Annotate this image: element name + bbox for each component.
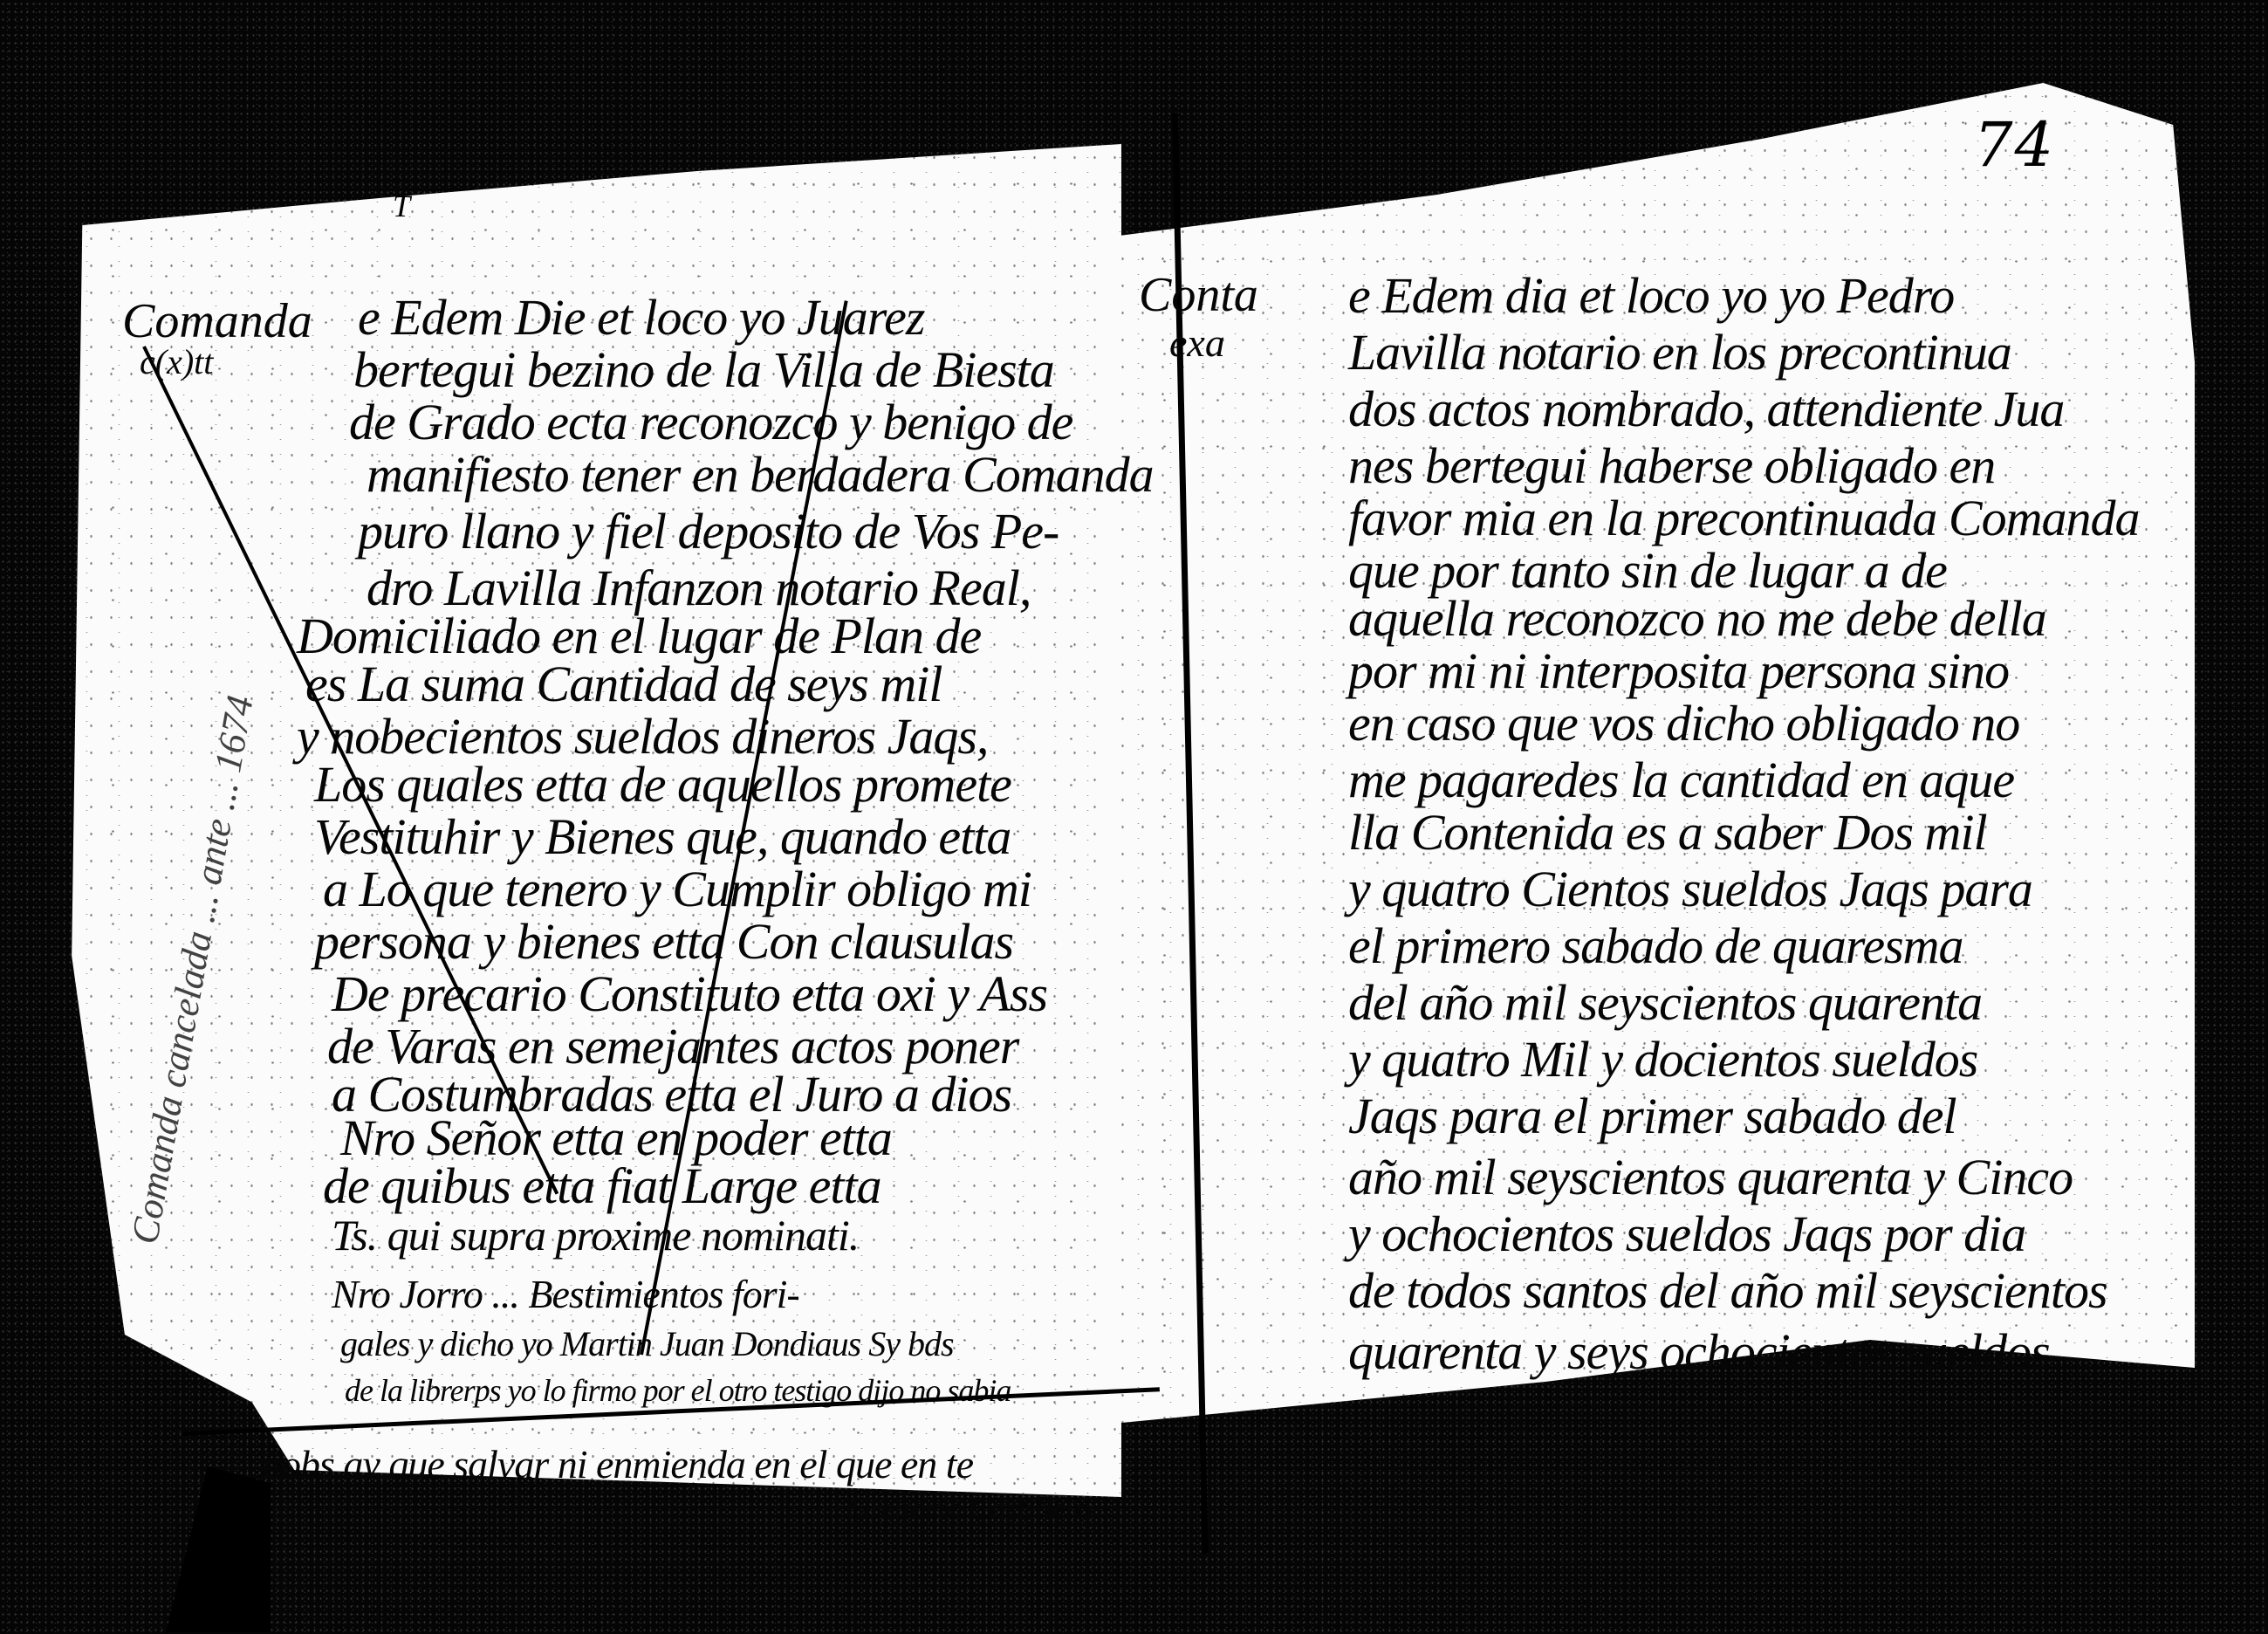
left-line: a Lo que tenero y Cumplir obligo mi (323, 864, 1031, 915)
right-line: aquella reconozco no me debe della (1348, 594, 2046, 644)
right-line: y quatro Mil y docientos sueldos (1348, 1034, 1977, 1085)
right-line: lla Contenida es a saber Dos mil (1348, 807, 1987, 858)
left-margin-note-1: Comanda (122, 297, 312, 346)
left-line: de Grado ecta reconozco y benigo de (349, 397, 1072, 448)
left-line: persona y bienes etta Con clausulas (314, 917, 1013, 967)
right-line: me pagaredes la cantidad en aque (1348, 755, 2014, 806)
right-line: y quatro Cientos sueldos Jaqs para (1348, 864, 2032, 915)
left-line: nobs ay que salvar ni enmienda en el que… (262, 1445, 973, 1485)
left-line: Nro Jorro ... Bestimientos fori- (332, 1274, 799, 1315)
left-line: de Varas en semejantes actos poner (327, 1021, 1018, 1072)
right-line: por mi ni interposita persona sino (1348, 646, 2009, 697)
left-line: manifiesto tener en berdadera Comanda (367, 450, 1154, 500)
right-line: año mil seyscientos quarenta y Cinco (1348, 1152, 2073, 1203)
right-line: dos actos nombrado, attendiente Jua (1348, 384, 2064, 435)
left-line: De precario Constituto etta oxi y Ass (332, 969, 1047, 1020)
right-line: de todos santos del año mil seyscientos (1348, 1266, 2107, 1316)
right-line: en caso que vos dicho obligado no (1348, 698, 2019, 749)
left-line: Nro Señor etta en poder etta (340, 1113, 892, 1164)
right-line: favor mia en la precontinuada Comanda (1348, 493, 2140, 544)
right-margin-note-2: exa (1169, 323, 1225, 363)
page-number: 74 (1974, 109, 2055, 181)
right-line: quarenta y seys ochocientos sueldos (1348, 1327, 2050, 1377)
right-margin-note-1: Conta (1139, 271, 1258, 319)
left-line: bertegui bezino de la Villa de Biesta (353, 345, 1054, 395)
left-line: puro llano y fiel deposito de Vos Pe- (358, 506, 1059, 557)
left-line: Ts. qui supra proxime nominati. (332, 1213, 859, 1257)
small-mark: T (393, 188, 410, 224)
left-line: dro Lavilla Infanzon notario Real, (367, 563, 1031, 614)
right-line: nes bertegui haberse obligado en (1348, 441, 1995, 491)
right-line: del año mil seyscientos quarenta (1348, 978, 1982, 1028)
right-line: e Edem dia et loco yo yo Pedro (1348, 271, 1954, 321)
left-line: y nobecientos sueldos dineros Jaqs, (297, 711, 988, 762)
right-line: el primero sabado de quaresma (1348, 921, 1963, 971)
right-line: Jaqs para el primer sabado del (1348, 1091, 1956, 1142)
left-line: es La suma Cantidad de seys mil (305, 659, 942, 710)
left-line: Vestituhir y Bienes que, quando etta (314, 812, 1011, 862)
signature: Gregorio Castillero (846, 1493, 1092, 1526)
left-line: de quibus etta fiat Large etta (323, 1161, 881, 1212)
left-line: Los quales etta de aquellos promete (314, 759, 1011, 810)
right-line: que por tanto sin de lugar a de (1348, 546, 1947, 596)
right-line: y ochocientos sueldos Jaqs por dia (1348, 1209, 2025, 1260)
right-line: Lavilla notario en los precontinua (1348, 327, 2011, 378)
left-line: Domiciliado en el lugar de Plan de (297, 611, 981, 662)
